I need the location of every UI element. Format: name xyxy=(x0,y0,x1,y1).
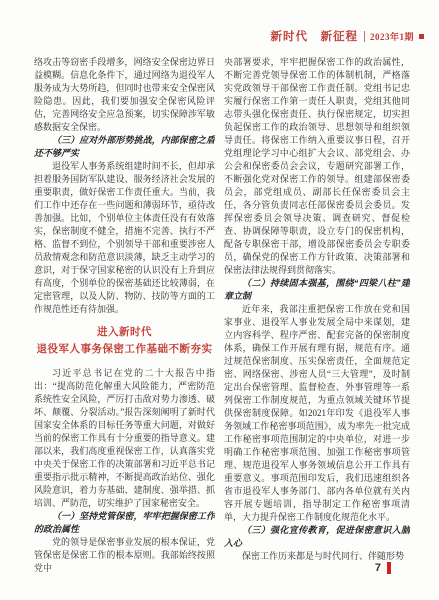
article-title-line1: 进入新时代 xyxy=(34,324,215,341)
document-page: 新时代 新征程 2023年1期 络攻击等窃密手段增多，网络安全保密边界日益模糊。… xyxy=(0,0,439,600)
paragraph-system: 近年来，我部注重把保密工作放在党和国家事业、退役军人事业发展全局中来谋划，建立内… xyxy=(224,303,410,524)
left-column: 络攻击等窃密手段增多，网络安全保密边界日益模糊。信息化条件下，通过网络为退役军人… xyxy=(34,56,215,580)
journal-header: 新时代 新征程 2023年1期 xyxy=(270,28,424,44)
article-title-line2: 退役军人事务保密工作基础不断夯实 xyxy=(34,341,215,358)
paragraph-problems: 退役军人事务系统组建时间不长，但却承担着服务国防军队建设、服务经济社会发展的重要… xyxy=(34,160,215,316)
paragraph-network-continuation: 络攻击等窃密手段增多，网络安全保密边界日益模糊。信息化条件下，通过网络为退役军人… xyxy=(34,56,215,134)
journal-title: 新时代 新征程 xyxy=(270,28,358,44)
paragraph-central-continuation: 央部署要求，牢牢把握保密工作的政治属性，不断完善党领导保密工作的体制机制，严格落… xyxy=(224,56,410,277)
issue-label: 2023年1期 xyxy=(370,30,414,43)
paragraph-report: 习近平总书记在党的二十大报告中指出：“提高防范化解重大风险能力，严密防范系统性安… xyxy=(34,367,215,510)
header-divider xyxy=(364,31,365,42)
subheading-two: （二）持续固本强基，围绕“四梁八柱”建章立制 xyxy=(224,277,410,303)
page-number: 7 xyxy=(375,562,381,574)
red-square-icon xyxy=(419,34,424,39)
right-column: 央部署要求，牢牢把握保密工作的政治属性，不断完善党领导保密工作的体制机制，严格落… xyxy=(224,56,410,580)
page-marker-bar xyxy=(387,562,391,574)
subheading-three: （三）应对外部形势挑战，内部保密之盾还不够严实 xyxy=(34,134,215,160)
article-title: 进入新时代 退役军人事务保密工作基础不断夯实 xyxy=(34,324,215,358)
page-footer: 7 xyxy=(375,562,391,574)
subheading-one: （一）坚持党管保密，牢牢把握保密工作的政治属性 xyxy=(34,510,215,536)
paragraph-party-partial: 党的领导是保密事业发展的根本保证，党管保密是保密工作的根本原则。我部始终按照党中 xyxy=(34,536,215,575)
subheading-three-right: （三）强化宣传教育，促进保密意识入脑入心 xyxy=(224,524,410,550)
